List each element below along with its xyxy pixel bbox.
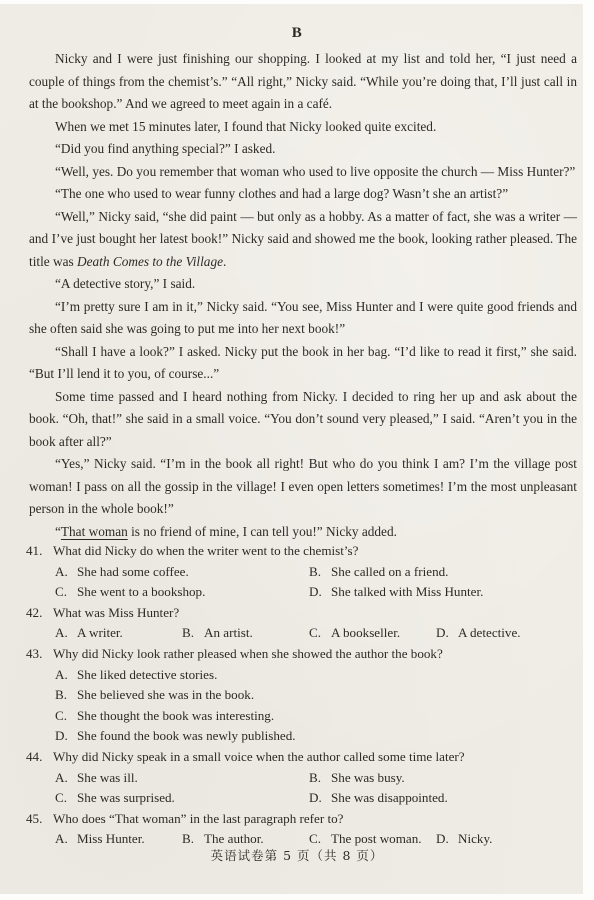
option-label: A. [55, 768, 77, 789]
option-label: A. [55, 562, 77, 583]
option-text: She called on a friend. [331, 564, 448, 579]
answer-option: B.She believed she was in the book. [55, 685, 254, 706]
option-label: A. [55, 665, 77, 686]
option-text: Nicky. [458, 831, 492, 846]
option-text: She was busy. [331, 770, 405, 785]
option-label: D. [436, 623, 458, 644]
option-text: The post woman. [331, 831, 422, 846]
passage-paragraph: “I’m pretty sure I am in it,” Nicky said… [29, 296, 577, 341]
question-stem: 43.Why did Nicky look rather pleased whe… [26, 644, 586, 665]
options-row: C.She was surprised.D.She was disappoint… [26, 788, 586, 809]
question-stem: 41.What did Nicky do when the writer wen… [26, 541, 586, 562]
option-label: B. [182, 623, 204, 644]
answer-option: C.She thought the book was interesting. [55, 706, 274, 727]
passage-paragraph: When we met 15 minutes later, I found th… [29, 116, 577, 139]
option-text: She found the book was newly published. [77, 728, 296, 743]
scanned-exam-page: B Nicky and I were just finishing our sh… [0, 4, 583, 894]
option-text: She was disappointed. [331, 790, 448, 805]
passage-paragraph: “Shall I have a look?” I asked. Nicky pu… [29, 341, 577, 386]
option-text: She was ill. [77, 770, 138, 785]
answer-option: D.She talked with Miss Hunter. [309, 582, 483, 603]
answer-option: D.A detective. [436, 623, 521, 644]
answer-option: A.A writer. [55, 623, 123, 644]
answer-option: B.She was busy. [309, 768, 405, 789]
option-text: A detective. [458, 625, 521, 640]
question-list: 41.What did Nicky do when the writer wen… [26, 541, 586, 850]
options-row: A.A writer.B.An artist.C.A bookseller.D.… [26, 623, 586, 644]
paragraph-text: . [223, 254, 226, 269]
option-text: A bookseller. [331, 625, 400, 640]
option-label: B. [309, 768, 331, 789]
passage-paragraph: “Yes,” Nicky said. “I’m in the book all … [29, 453, 577, 521]
options-row: D.She found the book was newly published… [26, 726, 586, 747]
options-row: A.She was ill.B.She was busy. [26, 768, 586, 789]
answer-option: D.She was disappointed. [309, 788, 448, 809]
options-row: C.She went to a bookshop.D.She talked wi… [26, 582, 586, 603]
option-text: She went to a bookshop. [77, 584, 205, 599]
question-text: Why did Nicky look rather pleased when s… [53, 646, 443, 661]
question-stem: 42.What was Miss Hunter? [26, 603, 586, 624]
passage-paragraph: Nicky and I were just finishing our shop… [29, 48, 577, 116]
option-label: C. [309, 623, 331, 644]
option-text: Miss Hunter. [77, 831, 145, 846]
book-title: Death Comes to the Village [77, 254, 223, 269]
option-text: She was surprised. [77, 790, 175, 805]
answer-option: B.She called on a friend. [309, 562, 448, 583]
options-row: C.She thought the book was interesting. [26, 706, 586, 727]
option-label: D. [55, 726, 77, 747]
question-text: Why did Nicky speak in a small voice whe… [53, 749, 465, 764]
underlined-phrase: That woman [61, 524, 128, 539]
question-number: 44. [26, 747, 53, 768]
option-label: C. [55, 706, 77, 727]
options-row: A.She had some coffee.B.She called on a … [26, 562, 586, 583]
reading-passage: Nicky and I were just finishing our shop… [29, 48, 577, 543]
option-label: D. [309, 788, 331, 809]
option-text: A writer. [77, 625, 123, 640]
option-text: She liked detective stories. [77, 667, 217, 682]
answer-option: C.She was surprised. [55, 788, 175, 809]
option-text: She thought the book was interesting. [77, 708, 274, 723]
question-stem: 44.Why did Nicky speak in a small voice … [26, 747, 586, 768]
passage-paragraph: “That woman is no friend of mine, I can … [29, 521, 577, 544]
question-text: Who does “That woman” in the last paragr… [53, 811, 344, 826]
option-label: C. [55, 788, 77, 809]
option-label: B. [55, 685, 77, 706]
question-text: What did Nicky do when the writer went t… [53, 543, 358, 558]
passage-paragraph: “Well, yes. Do you remember that woman w… [29, 161, 577, 184]
option-text: The author. [204, 831, 264, 846]
section-heading: B [0, 25, 594, 42]
question-number: 41. [26, 541, 53, 562]
option-text: She talked with Miss Hunter. [331, 584, 483, 599]
answer-option: D.She found the book was newly published… [55, 726, 296, 747]
options-row: A.She liked detective stories. [26, 665, 586, 686]
answer-option: A.She had some coffee. [55, 562, 189, 583]
option-text: An artist. [204, 625, 253, 640]
answer-option: A.She was ill. [55, 768, 138, 789]
answer-option: C.A bookseller. [309, 623, 400, 644]
passage-paragraph: “A detective story,” I said. [29, 273, 577, 296]
paragraph-text: is no friend of mine, I can tell you!” N… [128, 524, 397, 539]
answer-option: B.An artist. [182, 623, 253, 644]
passage-paragraph: “Well,” Nicky said, “she did paint — but… [29, 206, 577, 274]
question-text: What was Miss Hunter? [53, 605, 179, 620]
option-text: She had some coffee. [77, 564, 189, 579]
option-label: A. [55, 623, 77, 644]
answer-option: A.She liked detective stories. [55, 665, 217, 686]
question-number: 45. [26, 809, 53, 830]
option-label: C. [55, 582, 77, 603]
passage-paragraph: Some time passed and I heard nothing fro… [29, 386, 577, 454]
option-text: She believed she was in the book. [77, 687, 254, 702]
page-footer: 英语试卷第 5 页（共 8 页） [0, 846, 594, 864]
options-row: B.She believed she was in the book. [26, 685, 586, 706]
option-label: B. [309, 562, 331, 583]
passage-paragraph: “Did you find anything special?” I asked… [29, 138, 577, 161]
answer-option: C.She went to a bookshop. [55, 582, 205, 603]
question-number: 42. [26, 603, 53, 624]
option-label: D. [309, 582, 331, 603]
passage-paragraph: “The one who used to wear funny clothes … [29, 183, 577, 206]
question-stem: 45.Who does “That woman” in the last par… [26, 809, 586, 830]
question-number: 43. [26, 644, 53, 665]
